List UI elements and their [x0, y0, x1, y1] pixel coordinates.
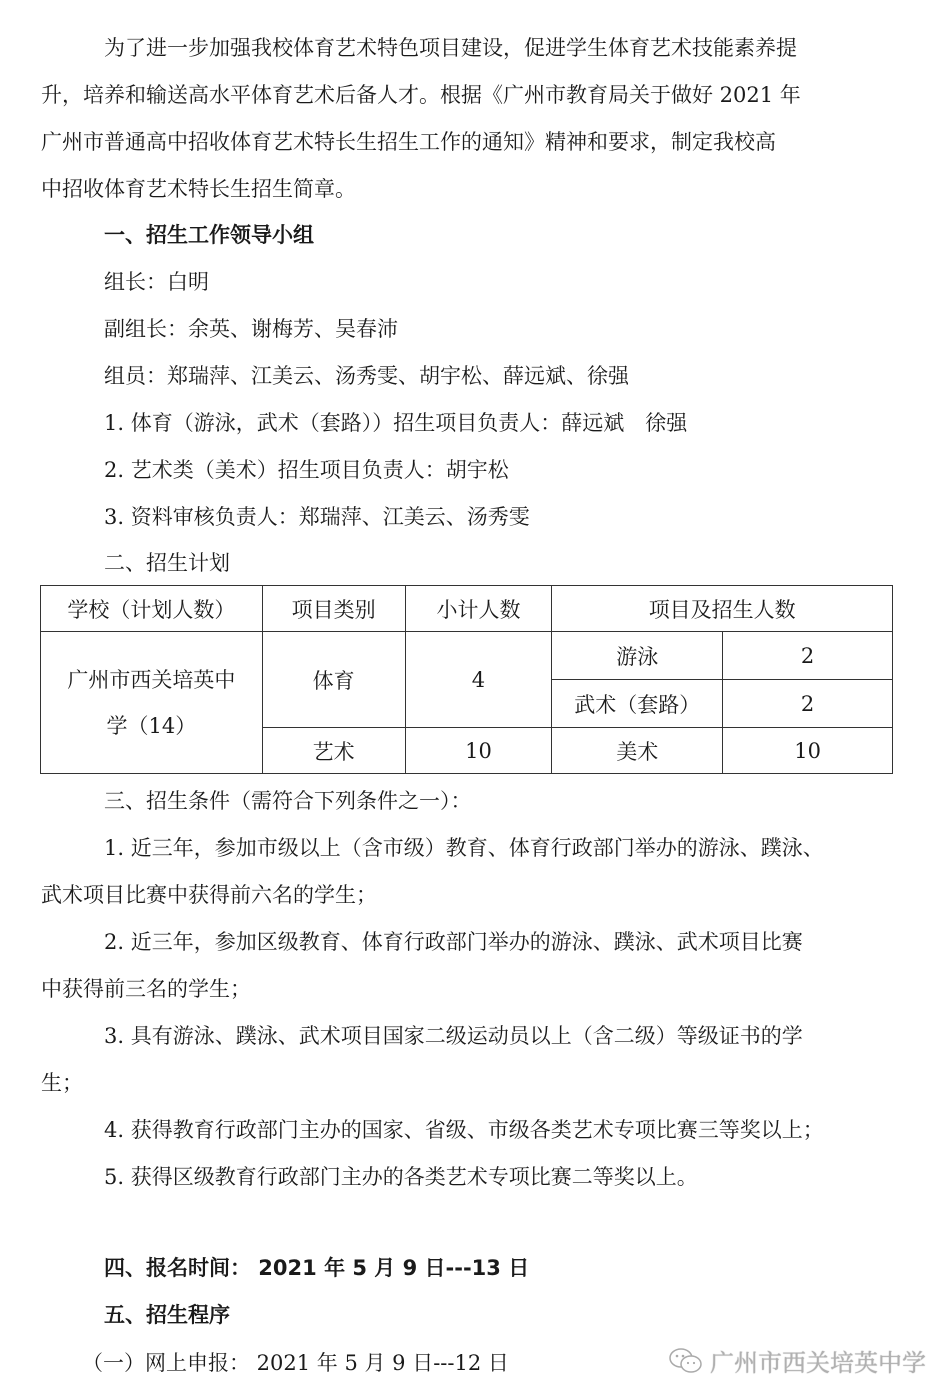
group-members: 组员：郑瑞萍、江美云、汤秀雯、胡宇松、薛远斌、徐强 — [104, 361, 629, 391]
section4-heading: 四、报名时间： 2021 年 5 月 9 日---13 日 — [104, 1253, 529, 1283]
table-row: 广州市西关培英中 学（14） 体育 4 游泳 2 — [41, 632, 893, 680]
header-school: 学校（计划人数） — [41, 586, 263, 632]
responsible-item-2: 2. 艺术类（美术）招生项目负责人：胡宇松 — [104, 455, 509, 485]
responsible-item-3: 3. 资料审核负责人：郑瑞萍、江美云、汤秀雯 — [104, 502, 530, 532]
condition-1a: 1. 近三年，参加市级以上（含市级）教育、体育行政部门举办的游泳、蹼泳、 — [104, 833, 824, 863]
school-name-line-2: 学（14） — [41, 703, 262, 749]
subtotal-cell: 10 — [405, 728, 552, 774]
item-count-cell: 2 — [723, 680, 893, 728]
intro-line-4: 中招收体育艺术特长生招生简章。 — [41, 174, 356, 204]
item-name-cell: 游泳 — [552, 632, 723, 680]
section3-heading: 三、招生条件（需符合下列条件之一）： — [104, 786, 472, 816]
condition-2a: 2. 近三年，参加区级教育、体育行政部门举办的游泳、蹼泳、武术项目比赛 — [104, 927, 803, 957]
wechat-watermark: 广州市西关培英中学 — [668, 1343, 926, 1378]
condition-5: 5. 获得区级教育行政部门主办的各类艺术专项比赛二等奖以上。 — [104, 1162, 698, 1192]
table-header-row: 学校（计划人数） 项目类别 小计人数 项目及招生人数 — [41, 586, 893, 632]
section2-heading: 二、招生计划 — [104, 548, 230, 578]
group-leader: 组长：白明 — [104, 267, 209, 297]
procedure-step-1: （一）网上申报： 2021 年 5 月 9 日---12 日 — [82, 1348, 509, 1378]
intro-line-2: 升，培养和输送高水平体育艺术后备人才。根据《广州市教育局关于做好 2021 年 — [41, 80, 801, 110]
item-name-cell: 武术（套路） — [552, 680, 723, 728]
header-category: 项目类别 — [262, 586, 405, 632]
condition-4: 4. 获得教育行政部门主办的国家、省级、市级各类艺术专项比赛三等奖以上； — [104, 1115, 824, 1145]
item-count-cell: 10 — [723, 728, 893, 774]
section5-heading: 五、招生程序 — [104, 1300, 230, 1330]
school-name-line-1: 广州市西关培英中 — [41, 657, 262, 703]
watermark-text: 广州市西关培英中学 — [710, 1343, 926, 1378]
category-cell: 艺术 — [262, 728, 405, 774]
intro-line-3: 广州市普通高中招收体育艺术特长生招生工作的通知》精神和要求，制定我校高 — [41, 127, 776, 157]
intro-line-1: 为了进一步加强我校体育艺术特色项目建设，促进学生体育艺术技能素养提 — [104, 33, 797, 63]
item-count-cell: 2 — [723, 632, 893, 680]
category-cell: 体育 — [262, 632, 405, 728]
wechat-icon — [668, 1347, 704, 1375]
enrollment-plan-table: 学校（计划人数） 项目类别 小计人数 项目及招生人数 广州市西关培英中 学（14… — [40, 585, 893, 774]
subtotal-cell: 4 — [405, 632, 552, 728]
responsible-item-1: 1. 体育（游泳，武术（套路））招生项目负责人：薛远斌 徐强 — [104, 408, 687, 438]
condition-1b: 武术项目比赛中获得前六名的学生； — [41, 880, 377, 910]
school-cell: 广州市西关培英中 学（14） — [41, 632, 263, 774]
condition-2b: 中获得前三名的学生； — [41, 974, 251, 1004]
item-name-cell: 美术 — [552, 728, 723, 774]
condition-3a: 3. 具有游泳、蹼泳、武术项目国家二级运动员以上（含二级）等级证书的学 — [104, 1021, 803, 1051]
deputy-leaders: 副组长：余英、谢梅芳、吴春沛 — [104, 314, 398, 344]
header-items: 项目及招生人数 — [552, 586, 893, 632]
section1-heading: 一、招生工作领导小组 — [104, 220, 314, 250]
header-subtotal: 小计人数 — [405, 586, 552, 632]
condition-3b: 生； — [41, 1068, 83, 1098]
